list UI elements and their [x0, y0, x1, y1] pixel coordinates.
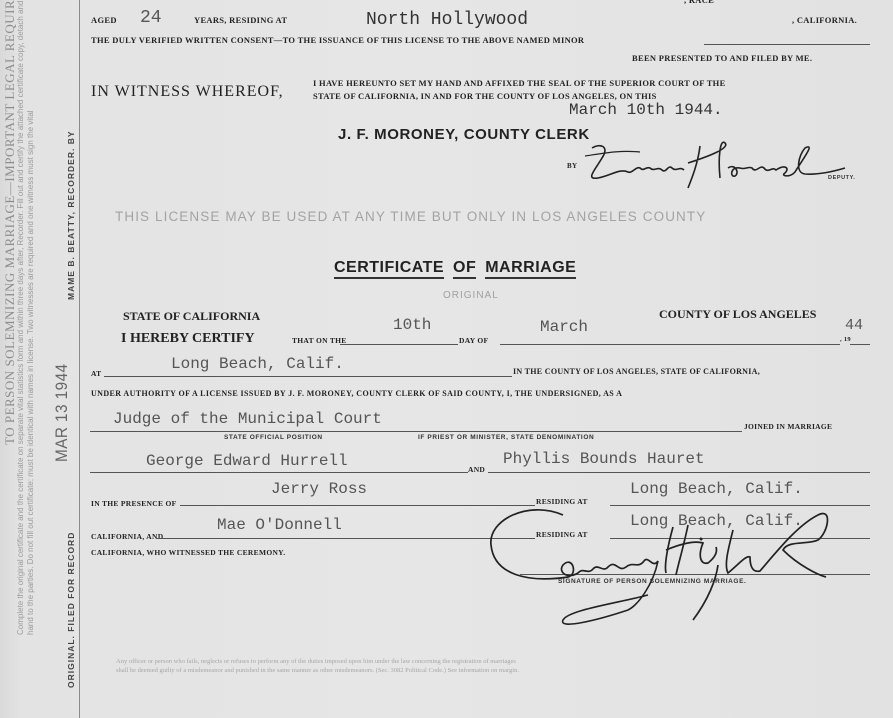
california-label: , CALIFORNIA. [792, 15, 857, 25]
state-label: STATE OF CALIFORNIA [123, 309, 260, 324]
day-of-label: DAY OF [459, 336, 488, 345]
presented-line: BEEN PRESENTED TO AND FILED BY ME. [632, 53, 812, 63]
denomination-caption: IF PRIEST OR MINISTER, STATE DENOMINATIO… [418, 434, 594, 441]
bride-rule [488, 472, 870, 473]
residence-value: North Hollywood [366, 10, 528, 30]
year-prefix: , 19 [840, 336, 851, 343]
presence-label: IN THE PRESENCE OF [91, 499, 177, 508]
joined-label: JOINED IN MARRIAGE [744, 422, 832, 431]
minor-rule [704, 44, 870, 45]
title-marriage: MARRIAGE [485, 259, 576, 279]
footer-notice: Any officer or person who fails, neglect… [116, 658, 519, 675]
groom-name: George Edward Hurrell [146, 452, 348, 470]
license-notice: THIS LICENSE MAY BE USED AT ANY TIME BUT… [115, 209, 706, 224]
year-rule [850, 344, 870, 345]
deputy-signature [580, 138, 850, 193]
and-label: AND [468, 465, 485, 474]
aged-label: AGED [91, 15, 117, 25]
position-caption: STATE OFFICIAL POSITION [224, 434, 323, 441]
date-stamp: MAR 13 1944 [52, 363, 72, 462]
county-state-line: IN THE COUNTY OF LOS ANGELES, STATE OF C… [513, 367, 760, 376]
at-label: AT [91, 369, 101, 378]
title-of: OF [453, 259, 476, 279]
witness-line-2: STATE OF CALIFORNIA, IN AND FOR THE COUN… [313, 91, 657, 101]
official-position-value: Judge of the Municipal Court [113, 410, 382, 428]
footer-line-1: Any officer or person who fails, neglect… [116, 658, 519, 667]
position-rule [90, 431, 742, 432]
county-clerk: J. F. MORONEY, COUNTY CLERK [338, 126, 590, 143]
witness-line-1: I HAVE HEREUNTO SET MY HAND AND AFFIXED … [313, 78, 726, 88]
race-label: , RACE [684, 0, 714, 5]
age-value: 24 [140, 8, 162, 28]
authority-line: UNDER AUTHORITY OF A LICENSE ISSUED BY J… [91, 389, 622, 398]
deputy-label: DEPUTY. [828, 175, 855, 181]
original-label: ORIGINAL [443, 290, 499, 301]
witness1-rule [180, 505, 535, 506]
consent-line: THE DULY VERIFIED WRITTEN CONSENT—TO THE… [91, 35, 584, 45]
day-value: 10th [393, 316, 431, 334]
witnessed-label: CALIFORNIA, WHO WITNESSED THE CEREMONY. [91, 548, 285, 557]
margin-divider [79, 0, 80, 718]
filed-for-record: ORIGINAL. FILED FOR RECORD [66, 532, 76, 688]
day-rule [340, 344, 458, 345]
place-rule [104, 376, 512, 377]
footer-line-2: shall be deemed guilty of a misdemeanor … [116, 667, 519, 676]
witness1-name: Jerry Ross [271, 480, 367, 498]
marriage-document: TO PERSON SOLEMNIZING MARRIAGE—IMPORTANT… [0, 0, 893, 718]
title-certificate: CERTIFICATE [334, 259, 444, 279]
recorder-line: MAME B. BEATTY, RECORDER. BY [66, 130, 76, 300]
groom-rule [90, 472, 468, 473]
bride-name: Phyllis Bounds Hauret [503, 450, 705, 468]
margin-instructions: Complete the original certificate and th… [16, 0, 36, 635]
that-on-label: THAT ON THE [292, 336, 347, 345]
certify-label: I HEREBY CERTIFY [121, 331, 255, 347]
california-and-label: CALIFORNIA, AND [91, 532, 163, 541]
witness-heading: IN WITNESS WHEREOF, [91, 83, 284, 101]
years-residing-label: YEARS, RESIDING AT [194, 15, 287, 25]
officiant-signature [488, 495, 848, 640]
month-value: March [540, 318, 588, 336]
place-value: Long Beach, Calif. [171, 355, 344, 373]
by-label: BY [567, 162, 577, 170]
county-label: COUNTY OF LOS ANGELES [659, 307, 816, 322]
year-value: 44 [845, 317, 863, 334]
month-rule [500, 344, 840, 345]
certificate-title: CERTIFICATE OF MARRIAGE [334, 259, 576, 277]
license-date: March 10th 1944. [569, 101, 723, 119]
witness2-name: Mae O'Donnell [217, 516, 342, 534]
witness2-rule [156, 538, 535, 539]
